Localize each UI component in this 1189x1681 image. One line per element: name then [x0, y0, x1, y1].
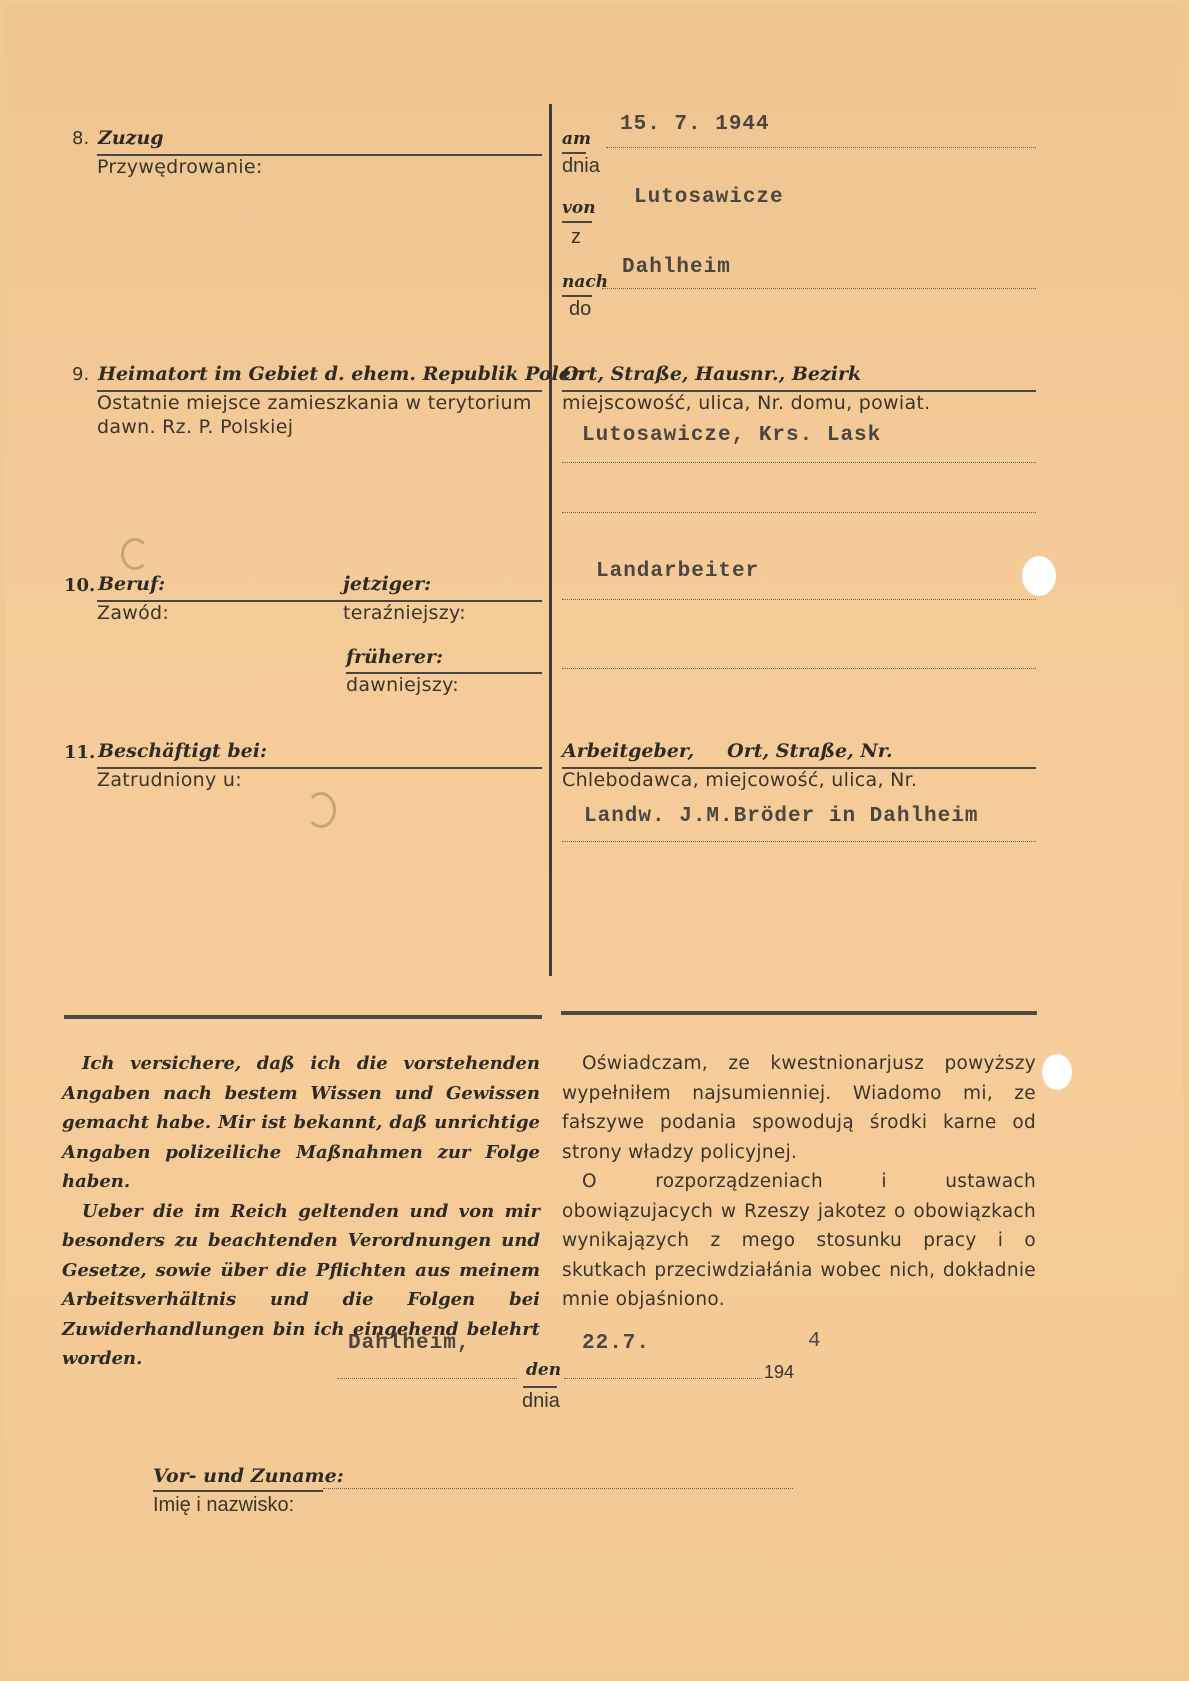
home-address-dotline-2 — [562, 512, 1036, 513]
von-label: von — [562, 198, 596, 218]
den-rule — [523, 1386, 557, 1388]
declaration-rule-right — [561, 1011, 1037, 1015]
from-value: Lutosawicze — [634, 186, 784, 209]
employer-value: Landw. J.M.Bröder in Dahlheim — [584, 805, 978, 828]
signature-place-value: Dahlheim, — [348, 1332, 470, 1355]
section-9-label-pl-2: dawn. Rz. P. Polskiej — [97, 416, 293, 438]
am-rule — [562, 152, 586, 154]
former-occupation-label-de: früherer: — [346, 646, 443, 668]
section-9-number: 9. — [72, 364, 89, 385]
von-rule — [562, 221, 592, 223]
current-occupation-label-pl: teraźniejszy: — [343, 602, 466, 624]
declaration-rule-left — [64, 1015, 542, 1019]
stain-mark — [121, 538, 149, 570]
section-11-label-pl: Zatrudniony u: — [97, 769, 242, 791]
do-label: do — [569, 298, 591, 321]
name-label-rule — [153, 1490, 323, 1492]
year-suffix-value: 4 — [808, 1330, 822, 1353]
year-prefix: 194 — [764, 1362, 794, 1383]
den-label: den — [526, 1360, 561, 1380]
section-8-label-de: Zuzug — [98, 127, 164, 149]
signature-date-value: 22.7. — [582, 1332, 650, 1355]
section-9-right-label-pl: miejscowość, ulica, Nr. domu, powiat. — [562, 392, 931, 414]
nach-rule — [562, 295, 592, 297]
former-occupation-dotline — [562, 668, 1036, 669]
section-11-right-label-de: Arbeitgeber, Ort, Straße, Nr. — [562, 740, 893, 762]
section-9-label-pl-1: Ostatnie miejsce zamieszkania w terytori… — [97, 392, 532, 414]
arrival-date-dotline — [606, 147, 1036, 148]
employer-dotline — [562, 841, 1036, 842]
former-occupation-label-pl: dawniejszy: — [346, 674, 459, 696]
declaration-de-paragraph-1: Ich versichere, daß ich die vorstehenden… — [62, 1049, 540, 1197]
name-label-de: Vor- und Zuname: — [153, 1465, 344, 1487]
section-10-number: 10. — [64, 575, 95, 596]
section-8-label-pl: Przywędrowanie: — [97, 156, 263, 178]
arrival-date-value: 15. 7. 1944 — [620, 113, 770, 136]
current-occupation-dotline — [562, 599, 1036, 600]
nach-label: nach — [562, 272, 608, 292]
declaration-pl-paragraph-2: O rozporządzeniach i ustawach obowiązuja… — [562, 1167, 1036, 1315]
name-label-pl: Imię i nazwisko: — [153, 1494, 294, 1517]
declaration-pl-paragraph-1: Oświadczam, ze kwestnionarjusz powyższy … — [562, 1049, 1036, 1167]
punch-hole — [1042, 1054, 1072, 1090]
date-dotline — [564, 1378, 762, 1379]
column-divider — [549, 104, 552, 976]
section-8-number: 8. — [72, 128, 89, 149]
place-dotline — [337, 1378, 517, 1379]
section-9-label-de: Heimatort im Gebiet d. ehem. Republik Po… — [98, 363, 585, 385]
section-9-right-label-de: Ort, Straße, Hausnr., Bezirk — [562, 363, 861, 385]
z-label: z — [571, 226, 581, 249]
home-address-dotline-1 — [562, 462, 1036, 463]
home-address-value: Lutosawicze, Krs. Lask — [582, 424, 881, 447]
section-11-number: 11. — [64, 742, 95, 763]
punch-hole — [1022, 556, 1056, 596]
current-occupation-value: Landarbeiter — [596, 560, 759, 583]
to-value: Dahlheim — [622, 256, 731, 279]
am-label: am — [562, 129, 591, 149]
section-11-label-de: Beschäftigt bei: — [98, 740, 267, 762]
declaration-de: Ich versichere, daß ich die vorstehenden… — [62, 1049, 540, 1374]
section-10-label-de: Beruf: — [98, 573, 165, 595]
to-dotline — [602, 288, 1036, 289]
section-11-right-label-pl: Chlebodawca, miejcowość, ulica, Nr. — [562, 769, 917, 791]
form-page: 8. Zuzug Przywędrowanie: am dnia 15. 7. … — [6, 6, 1183, 1675]
declaration-pl: Oświadczam, ze kwestnionarjusz powyższy … — [562, 1049, 1036, 1315]
current-occupation-label-de: jetziger: — [343, 573, 431, 595]
section-10-label-pl: Zawód: — [97, 602, 169, 624]
dnia-label-signature: dnia — [522, 1390, 560, 1413]
dnia-label: dnia — [562, 155, 600, 178]
stain-mark — [306, 792, 336, 828]
name-dotline — [323, 1488, 793, 1489]
